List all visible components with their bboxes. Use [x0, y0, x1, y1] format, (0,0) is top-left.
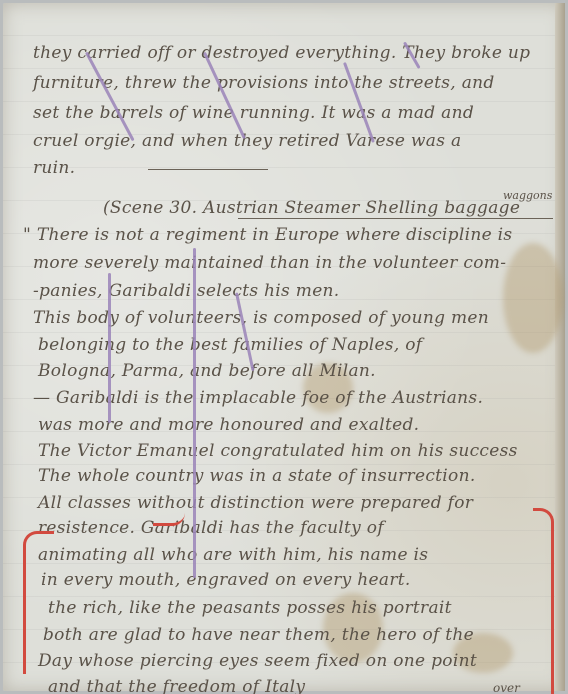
text-line: Day whose piercing eyes seem fixed on on…: [38, 651, 568, 671]
purple-deletion-mark: [235, 292, 255, 371]
purple-deletion-mark: [193, 248, 196, 578]
text-line: was more and more honoured and exalted.: [38, 415, 568, 435]
text-line: in every mouth, engraved on every heart.: [41, 570, 568, 590]
text-line: both are glad to have near them, the her…: [43, 625, 568, 645]
over-note: over: [493, 681, 520, 694]
text-line: ruin.: [33, 158, 568, 178]
text-line: The whole country was in a state of insu…: [38, 466, 568, 486]
text-line: This body of volunteers, is composed of …: [33, 308, 568, 328]
text-line: cruel orgie, and when they retired Vares…: [33, 131, 568, 151]
text-line: they carried off or destroyed everything…: [33, 43, 568, 63]
text-line: " There is not a regiment in Europe wher…: [23, 225, 568, 245]
purple-deletion-mark: [108, 273, 111, 423]
text-line: The Victor Emanuel congratulated him on …: [38, 441, 568, 461]
purple-deletion-mark: [203, 52, 246, 139]
text-line: resistence. Garibaldi has the faculty of: [38, 518, 568, 538]
text-line: more severely maintained than in the vol…: [33, 253, 568, 273]
text-line: Bologna, Parma, and before all Milan.: [38, 361, 568, 381]
text-line: belonging to the best families of Naples…: [38, 335, 568, 355]
red-bracket-right: [533, 508, 554, 694]
purple-deletion-mark: [85, 52, 135, 142]
heading-underline: [238, 218, 553, 219]
text-line: furniture, threw the provisions into the…: [33, 73, 568, 93]
text-line: All classes without distinction were pre…: [38, 493, 568, 513]
text-line: animating all who are with him, his name…: [38, 545, 568, 565]
section-divider: [148, 169, 268, 170]
text-line: and that the freedom of Italy: [48, 677, 568, 694]
scene-heading: (Scene 30. Austrian Steamer Shelling bag…: [103, 198, 568, 218]
text-line: the rich, like the peasants posses his p…: [48, 598, 568, 618]
text-line: -panies, Garibaldi selects his men.: [33, 281, 568, 301]
red-bracket-left: [23, 531, 54, 674]
text-line: — Garibaldi is the implacable foe of the…: [33, 388, 568, 408]
manuscript-page: they carried off or destroyed everything…: [3, 3, 565, 691]
